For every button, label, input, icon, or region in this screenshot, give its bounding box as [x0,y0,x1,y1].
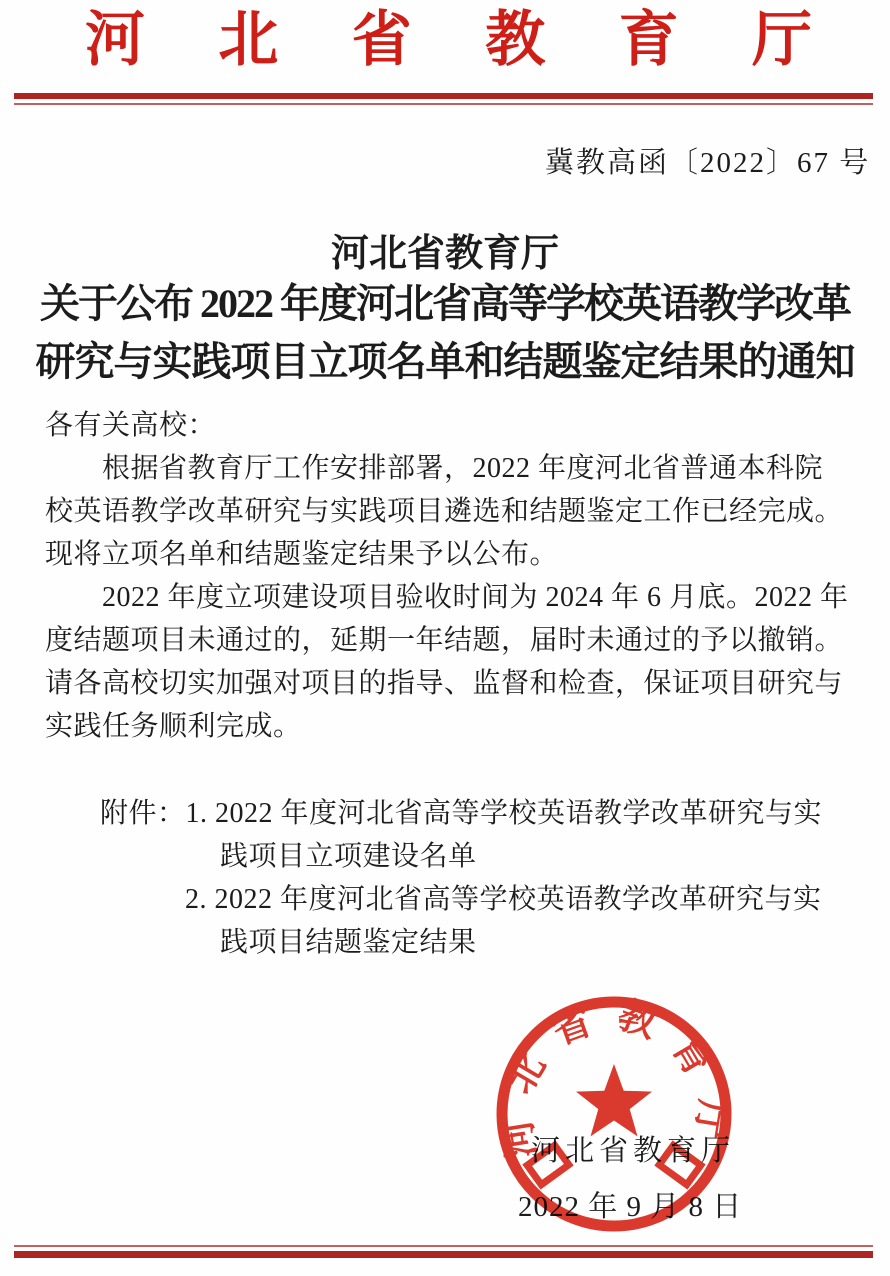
body-text: 各有关高校： 根据省教育厅工作安排部署，2022 年度河北省普通本科院 校英语教… [45,404,850,748]
letterhead-agency-title: 河北省教育厅 [85,4,812,76]
footer-rule-thin [14,1245,873,1247]
header-rule-thin [14,103,873,105]
attachment-line: 2. 2022 年度河北省高等学校英语教学改革研究与实 [185,878,822,921]
attachment-line: 附件：1. 2022 年度河北省高等学校英语教学改革研究与实 [100,792,822,835]
footer-rule-thick [14,1251,873,1258]
body-salutation: 各有关高校： [45,404,850,447]
doc-number: 冀教高函〔2022〕67 号 [545,140,870,181]
body-line: 2022 年度立项建设项目验收时间为 2024 年 6 月底。2022 年 [45,576,850,619]
notice-title-line-3: 研究与实践项目立项名单和结题鉴定结果的通知 [0,330,890,387]
attachment-line: 践项目立项建设名单 [220,835,822,878]
official-seal: 河北省教育厅 [489,989,739,1239]
document-page: 河北省教育厅 冀教高函〔2022〕67 号 河北省教育厅 关于公布 2022 年… [0,0,890,1276]
body-line: 实践任务顺利完成。 [45,705,850,748]
seal-star-icon [576,1064,652,1136]
body-line: 度结题项目未通过的，延期一年结题，届时未通过的予以撤销。 [45,619,850,662]
body-line: 根据省教育厅工作安排部署，2022 年度河北省普通本科院 [45,447,850,490]
notice-title-line-1: 河北省教育厅 [0,222,890,277]
header-rule-thick [14,93,873,99]
notice-title-line-2: 关于公布 2022 年度河北省高等学校英语教学改革 [0,272,890,329]
attachment-line: 践项目结题鉴定结果 [220,921,822,964]
body-line: 现将立项名单和结题鉴定结果予以公布。 [45,533,850,576]
body-line: 校英语教学改革研究与实践项目遴选和结题鉴定工作已经完成。 [45,490,850,533]
body-line: 请各高校切实加强对项目的指导、监督和检查，保证项目研究与 [45,662,850,705]
attachments-list: 附件：1. 2022 年度河北省高等学校英语教学改革研究与实 践项目立项建设名单… [100,792,822,964]
